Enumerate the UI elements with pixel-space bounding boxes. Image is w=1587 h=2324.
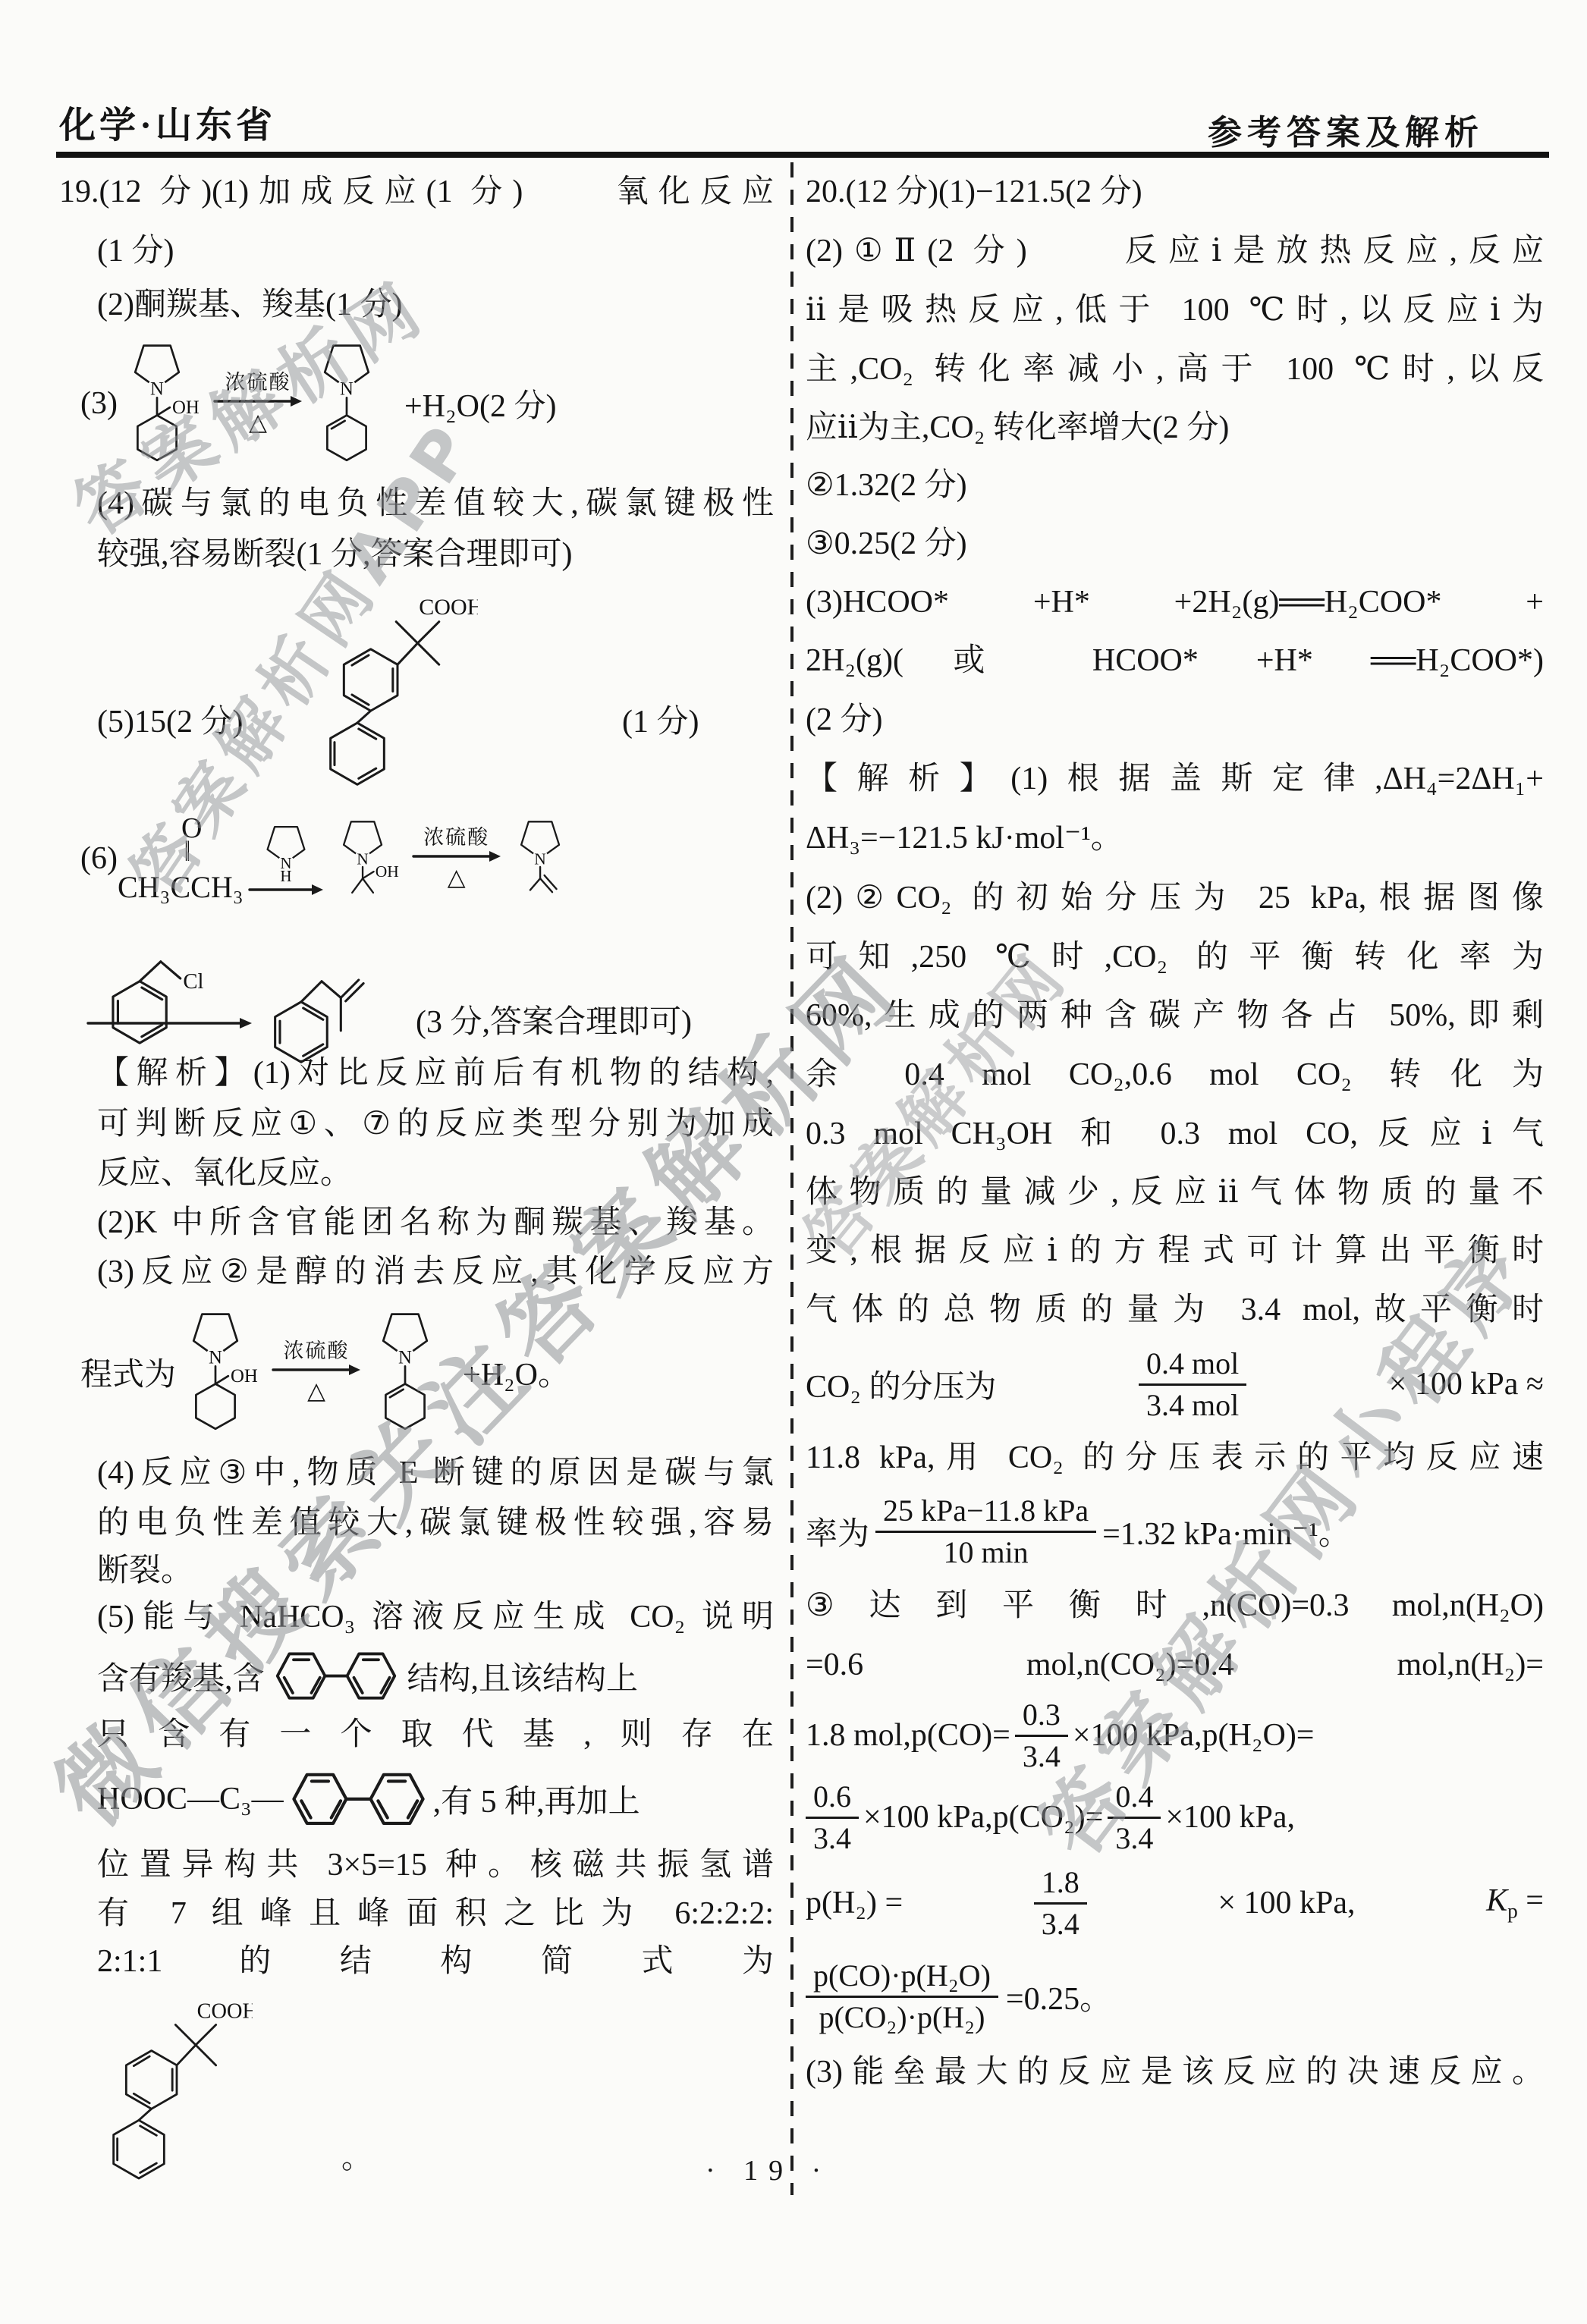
fraction: 0.3 3.4 bbox=[1015, 1697, 1068, 1773]
structure-pyrrolidinyl-cyclohexanol: OH bbox=[118, 338, 209, 469]
q20-analysis-line: 11.8 kPa,用 CO₂ 的分压表示的平均反应速 bbox=[806, 1429, 1544, 1487]
fraction-denominator: p(CO₂)·p(H₂) bbox=[819, 1998, 985, 2035]
item-label: (6) bbox=[80, 840, 118, 877]
kp-symbol: K bbox=[1486, 1883, 1507, 1918]
q19-answer-line: (2)酮羰基、羧基(1 分) bbox=[59, 281, 774, 329]
structure-acetone: O ‖ CH₃CCH₃ bbox=[118, 813, 244, 905]
fraction-numerator: 25 kPa−11.8 kPa bbox=[875, 1493, 1096, 1532]
bonds bbox=[275, 980, 363, 1062]
q20-analysis-line: =0.6 mol,n(CO₂)=0.4 mol,n(H₂)= bbox=[806, 1635, 1544, 1694]
fraction-numerator: 0.4 bbox=[1108, 1779, 1161, 1818]
structure-pyrrolidine-nh: H bbox=[253, 821, 319, 884]
bonds bbox=[137, 397, 176, 460]
fraction-numerator: 0.6 bbox=[806, 1779, 859, 1818]
equals-sign: = bbox=[1526, 1883, 1544, 1918]
q19-analysis-line: 2:1:1 的结构简式为 bbox=[59, 1938, 774, 1985]
reaction-arrow: H bbox=[248, 821, 324, 897]
q20-answer-line: ②1.32(2 分) bbox=[806, 457, 1544, 514]
text: ×100 kPa, bbox=[1165, 1799, 1295, 1836]
heat-symbol: △ bbox=[307, 1378, 325, 1404]
fraction: 1.8 3.4 bbox=[1034, 1864, 1087, 1941]
arrow-shaft bbox=[248, 883, 324, 897]
fraction-denominator: 3.4 bbox=[813, 1819, 851, 1856]
structure-biphenyl-dimethyl-cooh bbox=[101, 1985, 253, 2187]
q20-analysis-line: 60%,生成的两种含碳产物各占 50%,即剩 bbox=[806, 986, 1544, 1045]
q20-fraction-line: 0.6 3.4 ×100 kPa,p(CO₂)= 0.4 3.4 ×100 kP… bbox=[806, 1776, 1544, 1858]
hydrogen-atom-label: H bbox=[280, 867, 291, 884]
text: CO₂ 的分压为 bbox=[806, 1361, 997, 1407]
q20-answer-line: 应ⅱ为主,CO₂ 转化率增大(2 分) bbox=[806, 399, 1544, 457]
heat-symbol: △ bbox=[249, 410, 267, 435]
fraction-numerator: 0.3 bbox=[1015, 1697, 1068, 1736]
biphenyl-cooh-skeleton bbox=[114, 1999, 253, 2178]
q19-answer-line: 较强,容易断裂(1 分,答案合理即可) bbox=[59, 529, 774, 579]
bonds bbox=[196, 1366, 234, 1428]
q20-answer-line: 主,CO₂ 转化率减小,高于 100 ℃时,以反 bbox=[806, 340, 1544, 399]
structure-pyrrolidinyl-cyclohexene bbox=[366, 1307, 457, 1437]
q19-analysis-line: 只含有一个取代基,则存在 bbox=[59, 1712, 774, 1757]
long-reaction-arrow bbox=[86, 1016, 253, 1030]
pyrrolidine-ring bbox=[521, 821, 559, 868]
structure-pyrrolidinyl-propene bbox=[506, 815, 585, 902]
q19-reaction-6-scheme: (6) O ‖ CH₃CCH₃ H bbox=[59, 786, 774, 931]
structure-biphenyl-inline bbox=[272, 1644, 400, 1708]
arrow-shaft bbox=[272, 1363, 361, 1377]
fraction: 0.4 mol 3.4 mol bbox=[1139, 1346, 1246, 1422]
pyrrolidine-ring bbox=[344, 821, 382, 868]
fraction-numerator: p(CO)·p(H₂O) bbox=[806, 1958, 998, 1997]
q19-analysis-line: 有 7 组峰且峰面积之比为 6:2:2:2: bbox=[59, 1889, 774, 1938]
reagent-label: 浓硫酸 bbox=[225, 372, 291, 394]
text: ×100 kPa,p(CO₂)= bbox=[863, 1799, 1103, 1836]
bonds bbox=[327, 397, 366, 460]
column-divider bbox=[790, 162, 793, 2195]
biphenyl-cooh-skeleton bbox=[331, 595, 478, 784]
fraction-denominator: 10 min bbox=[943, 1533, 1028, 1570]
q19-analysis-line: 的电负性差值较大,碳氯键极性较强,容易 bbox=[59, 1498, 774, 1548]
q20-analysis-line: 气体的总物质的量为 3.4 mol,故平衡时 bbox=[806, 1280, 1544, 1339]
oh-group-label: OH bbox=[375, 862, 398, 881]
q19-answer-line: (4)碳与氯的电负性差值较大,碳氯键极性 bbox=[59, 478, 774, 529]
fraction: 0.4 3.4 bbox=[1108, 1779, 1161, 1855]
q20-analysis-line: 体物质的量减少,反应ⅱ气体物质的量不 bbox=[806, 1164, 1544, 1221]
q19-analysis-line: (3)反应②是醇的消去反应,其化学反应方 bbox=[59, 1248, 774, 1296]
page-header-subject: 化学·山东省 bbox=[59, 96, 276, 148]
score-note: (3 分,答案合理即可) bbox=[416, 997, 692, 1042]
q19-reaction-3-scheme: (3) OH 浓硫酸 △ bbox=[59, 329, 774, 478]
q19-analysis-biphenyl-line: 含有羧基,含 结构,且该结构上 bbox=[59, 1641, 774, 1712]
q19-analysis-line: 断裂。 bbox=[59, 1548, 774, 1594]
q20-answer-line: (2 分) bbox=[806, 690, 1544, 749]
fraction: p(CO)·p(H₂O) p(CO₂)·p(H₂) bbox=[806, 1958, 998, 2034]
double-bond-symbol: ‖ bbox=[184, 836, 190, 868]
text: =1.32 kPa·min⁻¹。 bbox=[1102, 1509, 1350, 1554]
fraction-denominator: 3.4 bbox=[1023, 1737, 1061, 1774]
q20-analysis-line: ΔH₃=−121.5 kJ·mol⁻¹。 bbox=[806, 809, 1544, 868]
header-rule bbox=[56, 152, 1549, 158]
q19-reaction-7-scheme: Cl (3 分,答案合理即可) bbox=[59, 931, 774, 1047]
cl-atom-label: Cl bbox=[183, 969, 203, 994]
arrow-shaft bbox=[412, 850, 501, 863]
fraction-numerator: 1.8 bbox=[1034, 1864, 1087, 1904]
q19-analysis-line: (2)K 中所含官能团名称为酮羰基、羧基。 bbox=[59, 1198, 774, 1248]
q19-answer-line: (1 分) bbox=[59, 221, 774, 281]
reagent-label: 浓硫酸 bbox=[423, 827, 489, 850]
q19-answer-line: (5)15(2 分) bbox=[97, 696, 243, 742]
fraction-numerator: 0.4 mol bbox=[1139, 1346, 1246, 1385]
q19-analysis-line: (4)反应③中,物质 E 断键的原因是碳与氯 bbox=[59, 1448, 774, 1498]
text: =0.25。 bbox=[1006, 1974, 1111, 2019]
text: 程式为 bbox=[80, 1349, 176, 1395]
pyrrolidine-ring bbox=[383, 1314, 427, 1368]
q20-analysis-line: 0.3 mol CH₃OH 和 0.3 mol CO,反应ⅰ气 bbox=[806, 1104, 1544, 1164]
bonds bbox=[113, 962, 181, 1043]
biphenyl-skeleton bbox=[294, 1775, 423, 1823]
pyrrolidine-ring bbox=[193, 1314, 237, 1368]
q20-analysis-line: (3)能垒最大的反应是该反应的决速反应。 bbox=[806, 2045, 1544, 2099]
text: × 100 kPa ≈ bbox=[1389, 1366, 1544, 1402]
page-header-title: 参考答案及解析 bbox=[1208, 105, 1484, 154]
structure-benzyl-chloride: Cl bbox=[103, 922, 215, 1056]
q20-answer-line: ③0.25(2 分) bbox=[806, 514, 1544, 573]
q19-analysis-line: 位置异构共 3×5=15 种。核磁共振氢谱 bbox=[59, 1841, 774, 1889]
scanned-answer-page: N bbox=[0, 0, 1587, 2324]
text: × 100 kPa, bbox=[1218, 1885, 1355, 1921]
text: 1.8 mol,p(CO)= bbox=[806, 1717, 1010, 1754]
arrow-shaft bbox=[213, 394, 303, 408]
pyrrolidine-ring bbox=[267, 827, 304, 872]
q20-analysis-line: ③达到平衡时,n(CO)=0.3 mol,n(H₂O) bbox=[806, 1576, 1544, 1635]
q20-fraction-line: CO₂ 的分压为 0.4 mol 3.4 mol × 100 kPa ≈ bbox=[806, 1339, 1544, 1429]
reaction-arrow: 浓硫酸 △ bbox=[213, 372, 303, 435]
structure-biphenyl-dimethyl-cooh bbox=[317, 579, 478, 794]
q20-answer-line: (2)①Ⅱ(2 分) 反应ⅰ是放热反应,反应 bbox=[806, 221, 1544, 281]
reaction-arrow: 浓硫酸 △ bbox=[412, 827, 501, 890]
fraction-denominator: 3.4 bbox=[1115, 1819, 1153, 1856]
q19-answer-line: (1 分) bbox=[622, 696, 699, 742]
q20-analysis-line: 【解析】(1)根据盖斯定律,ΔH₄=2ΔH₁+ bbox=[806, 749, 1544, 809]
q20-equation-line: 2H₂(g)(或 HCOO* +H* ══H₂COO*) bbox=[806, 631, 1544, 690]
pyrrolidine-ring bbox=[135, 346, 179, 400]
heat-symbol: △ bbox=[448, 865, 466, 890]
q19-answer-5-block: (5)15(2 分) (1 分) bbox=[59, 579, 774, 786]
structure-biphenyl-inline bbox=[288, 1763, 429, 1835]
product-water-score: +H₂O(2 分) bbox=[404, 381, 556, 426]
q19-final-structure-block: 。 bbox=[59, 1985, 774, 2188]
text: 含有羧基,含 bbox=[97, 1653, 265, 1699]
q20-fraction-line: p(H₂) = 1.8 3.4 × 100 kPa, Kp = bbox=[806, 1858, 1544, 1948]
q19-analysis-line: 反应、氧化反应。 bbox=[59, 1149, 774, 1198]
bonds bbox=[530, 867, 557, 892]
text: 率为 bbox=[806, 1509, 869, 1554]
q20-answer-line: 20.(12 分)(1)−121.5(2 分) bbox=[806, 162, 1544, 221]
text: ,有 5 种,再加上 bbox=[433, 1776, 640, 1822]
q19-analysis-line: 可判断反应①、⑦的反应类型分别为加成 bbox=[59, 1100, 774, 1149]
q20-analysis-line: 余 0.4 mol CO₂,0.6 mol CO₂ 转化为 bbox=[806, 1045, 1544, 1104]
reaction-arrow: 浓硫酸 △ bbox=[272, 1340, 361, 1404]
oh-group-label: OH bbox=[172, 397, 200, 418]
structure-methallyl-benzene bbox=[266, 937, 385, 1075]
sentence-period: 。 bbox=[341, 2134, 372, 2177]
text: 结构,且该结构上 bbox=[407, 1653, 639, 1699]
q19-analysis-hooc-line: HOOC—C₃— ,有 5 种,再加上 bbox=[59, 1757, 774, 1841]
q20-analysis-line: 可知,250 ℃时,CO₂ 的平衡转化率为 bbox=[806, 928, 1544, 986]
q20-kp-expression-line: p(CO)·p(H₂O) p(CO₂)·p(H₂) =0.25。 bbox=[806, 1948, 1544, 2045]
q20-answer-line: ⅱ是吸热反应,低于 100 ℃时,以反应ⅰ为 bbox=[806, 281, 1544, 340]
oh-group-label: OH bbox=[231, 1366, 258, 1387]
q19-analysis-line: (5)能与 NaHCO₃ 溶液反应生成 CO₂ 说明 bbox=[59, 1594, 774, 1641]
q20-fraction-line: 1.8 mol,p(CO)= 0.3 3.4 ×100 kPa,p(H₂O)= bbox=[806, 1694, 1544, 1776]
fraction: 0.6 3.4 bbox=[806, 1779, 859, 1855]
fraction-denominator: 3.4 mol bbox=[1146, 1386, 1239, 1423]
equilibrium-constant: Kp = bbox=[1486, 1883, 1544, 1923]
fraction-denominator: 3.4 bbox=[1042, 1905, 1079, 1942]
q20-fraction-line: 率为 25 kPa−11.8 kPa 10 min =1.32 kPa·min⁻… bbox=[806, 1487, 1544, 1576]
hooc-fragment: HOOC—C₃— bbox=[97, 1781, 284, 1817]
q19-answer-line: 19.(12 分)(1)加成反应(1 分) 氧化反应 bbox=[59, 162, 774, 221]
bonds bbox=[385, 1366, 424, 1428]
q20-analysis-line: (2)②CO₂ 的初始分压为 25 kPa,根据图像 bbox=[806, 868, 1544, 928]
bonds bbox=[352, 867, 373, 893]
page-number: · 19 · bbox=[706, 2154, 831, 2187]
text: ×100 kPa,p(H₂O)= bbox=[1073, 1717, 1315, 1754]
biphenyl-skeleton bbox=[277, 1654, 394, 1698]
fraction: 25 kPa−11.8 kPa 10 min bbox=[875, 1493, 1096, 1569]
q20-analysis-line: 变,根据反应ⅰ的方程式可计算出平衡时 bbox=[806, 1221, 1544, 1280]
reagent-label: 浓硫酸 bbox=[284, 1340, 350, 1363]
q19-analysis-3-scheme: 程式为 OH 浓硫酸 △ bbox=[59, 1296, 774, 1448]
left-column-question-19: 19.(12 分)(1)加成反应(1 分) 氧化反应 (1 分) (2)酮羰基、… bbox=[59, 162, 774, 2188]
kp-subscript: p bbox=[1507, 1900, 1518, 1923]
product-water: +H₂O。 bbox=[463, 1349, 570, 1395]
text: p(H₂) = bbox=[806, 1885, 903, 1921]
pyrrolidine-ring bbox=[325, 346, 369, 400]
acetone-formula: CH₃CCH₃ bbox=[118, 870, 244, 904]
q20-equation-line: (3)HCOO* +H* +2H₂(g)══H₂COO* + bbox=[806, 573, 1544, 631]
right-column-question-20: 20.(12 分)(1)−121.5(2 分) (2)①Ⅱ(2 分) 反应ⅰ是放… bbox=[806, 162, 1544, 2099]
item-label: (3) bbox=[80, 385, 118, 422]
structure-pyrrolidinyl-propanol: OH bbox=[328, 815, 407, 902]
structure-pyrrolidinyl-cyclohexanol: OH bbox=[176, 1307, 267, 1437]
structure-pyrrolidinyl-cyclohexene bbox=[307, 338, 398, 469]
